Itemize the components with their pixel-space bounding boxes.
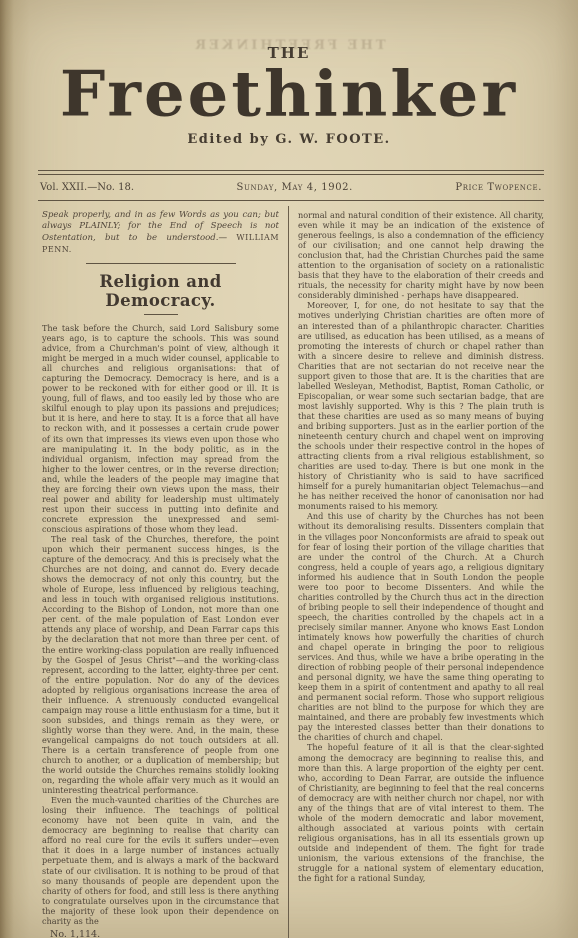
right-column: normal and natural condition of their ex… <box>289 206 544 938</box>
epigraph-separator-rule <box>86 263 236 264</box>
issue-date: Sunday, May 4, 1902. <box>237 182 353 193</box>
article-title: Religion and Democracy. <box>42 272 279 310</box>
article-paragraph: And this use of charity by the Churches … <box>298 511 544 742</box>
issue-price: Price Twopence. <box>455 182 542 193</box>
issue-info-line: Vol. XXII.—No. 18. Sunday, May 4, 1902. … <box>40 182 542 193</box>
volume-number: Vol. XXII.—No. 18. <box>40 182 134 193</box>
left-column-body: The task before the Church, said Lord Sa… <box>42 323 279 926</box>
article-paragraph: Even the much-vaunted charities of the C… <box>42 795 279 926</box>
newspaper-page: THE FREETHINKER THE Freethinker Edited b… <box>0 0 578 938</box>
two-column-layout: Speak properly, and in as few Words as y… <box>42 206 544 938</box>
article-paragraph: normal and natural condition of their ex… <box>298 210 544 300</box>
issue-line-rule <box>38 200 544 201</box>
publication-title: Freethinker <box>0 65 578 126</box>
epigraph: Speak properly, and in as few Words as y… <box>42 210 279 256</box>
right-column-body: normal and natural condition of their ex… <box>298 210 544 883</box>
article-paragraph: The task before the Church, said Lord Sa… <box>42 323 279 534</box>
editor-line: Edited by G. W. FOOTE. <box>0 132 578 147</box>
article-paragraph: Moreover, I, for one, do not hesitate to… <box>298 300 544 511</box>
page-issue-number: No. 1,114. <box>42 929 279 938</box>
article-paragraph: The real task of the Churches, therefore… <box>42 534 279 795</box>
article-paragraph: The hopeful feature of it all is that th… <box>298 742 544 883</box>
left-column: Speak properly, and in as few Words as y… <box>42 206 289 938</box>
masthead-double-rule <box>38 170 544 175</box>
article-title-rule <box>144 314 178 315</box>
masthead: THE Freethinker Edited by G. W. FOOTE. <box>0 44 578 147</box>
